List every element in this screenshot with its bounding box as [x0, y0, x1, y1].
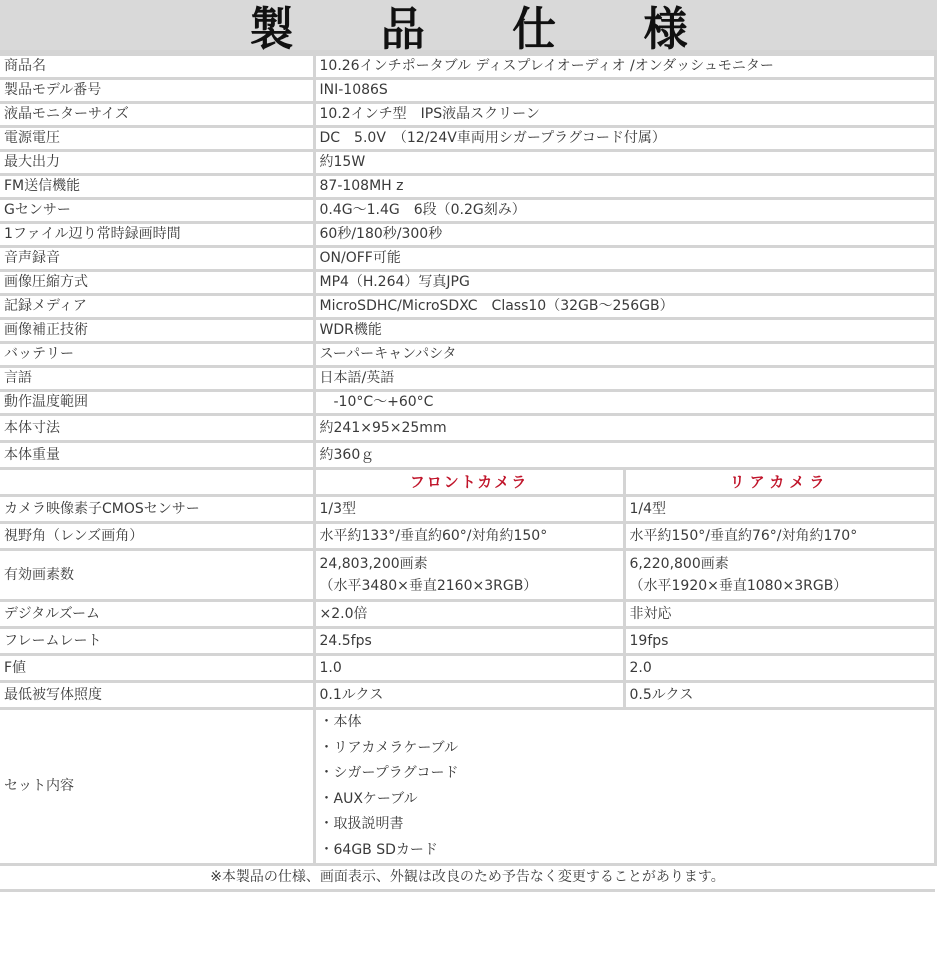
table-row: 視野角（レンズ画角）水平約133°/垂直約60°/対角約150°水平約150°/… — [0, 523, 935, 550]
spec-value: 0.4G～1.4G 6段（0.2G刻み） — [314, 199, 935, 223]
front-pixels: 24,803,200画素 — [320, 553, 619, 575]
spec-label: 1ファイル辺り常時録画時間 — [0, 223, 314, 247]
spec-label: カメラ映像素子CMOSセンサー — [0, 496, 314, 523]
camera-header-row: フロントカメラ リアカメラ — [0, 469, 935, 496]
rear-value: 水平約150°/垂直約76°/対角約170° — [624, 523, 935, 550]
spec-label: 音声録音 — [0, 247, 314, 271]
rear-value: 2.0 — [624, 655, 935, 682]
page-title: 製 品 仕 様 — [250, 0, 724, 59]
page-title-bar: 製 品 仕 様 — [0, 0, 937, 53]
set-contents-row: セット内容 ・本体 ・リアカメラケーブル ・シガープラグコード ・AUXケーブル… — [0, 709, 935, 865]
table-row: 最大出力約15W — [0, 151, 935, 175]
list-item: ・AUXケーブル — [320, 787, 930, 813]
front-value: 24,803,200画素（水平3480×垂直2160×3RGB） — [314, 550, 624, 601]
table-row: 電源電圧DC 5.0V （12/24V車両用シガープラグコード付属） — [0, 127, 935, 151]
spec-value: MP4（H.264）写真JPG — [314, 271, 935, 295]
rear-value: 6,220,800画素（水平1920×垂直1080×3RGB） — [624, 550, 935, 601]
front-camera-header: フロントカメラ — [314, 469, 624, 496]
set-contents-label: セット内容 — [0, 709, 314, 865]
front-value: 水平約133°/垂直約60°/対角約150° — [314, 523, 624, 550]
table-row: 音声録音ON/OFF可能 — [0, 247, 935, 271]
list-item: ・シガープラグコード — [320, 761, 930, 787]
spec-label: FM送信機能 — [0, 175, 314, 199]
table-row: 1ファイル辺り常時録画時間60秒/180秒/300秒 — [0, 223, 935, 247]
front-pixels-detail: （水平3480×垂直2160×3RGB） — [320, 575, 619, 597]
spec-label: 最低被写体照度 — [0, 682, 314, 709]
spec-label: デジタルズーム — [0, 601, 314, 628]
table-row: バッテリースーパーキャンパシタ — [0, 343, 935, 367]
spec-label: F値 — [0, 655, 314, 682]
table-row: 製品モデル番号INI-1086S — [0, 79, 935, 103]
table-row: 最低被写体照度0.1ルクス0.5ルクス — [0, 682, 935, 709]
spec-label: 言語 — [0, 367, 314, 391]
table-row: 動作温度範囲 -10°C～+60°C — [0, 391, 935, 415]
spec-value: 87-108MH z — [314, 175, 935, 199]
disclaimer-note: ※本製品の仕様、画面表示、外観は改良のため予告なく変更することがあります。 — [0, 865, 935, 891]
table-row: 言語日本語/英語 — [0, 367, 935, 391]
spec-value: INI-1086S — [314, 79, 935, 103]
spec-label: 画像圧縮方式 — [0, 271, 314, 295]
spec-label: バッテリー — [0, 343, 314, 367]
front-value: 0.1ルクス — [314, 682, 624, 709]
spec-label: フレームレート — [0, 628, 314, 655]
list-item: ・リアカメラケーブル — [320, 736, 930, 762]
spec-label: 液晶モニターサイズ — [0, 103, 314, 127]
spec-value: 約241×95×25mm — [314, 415, 935, 442]
rear-value: 0.5ルクス — [624, 682, 935, 709]
spec-label: 画像補正技術 — [0, 319, 314, 343]
table-row: 本体寸法約241×95×25mm — [0, 415, 935, 442]
spec-label: 最大出力 — [0, 151, 314, 175]
list-item: ・64GB SDカード — [320, 838, 930, 864]
front-value: 1.0 — [314, 655, 624, 682]
rear-value: 非対応 — [624, 601, 935, 628]
table-row: F値1.02.0 — [0, 655, 935, 682]
spec-label: Gセンサー — [0, 199, 314, 223]
table-row: デジタルズーム×2.0倍非対応 — [0, 601, 935, 628]
table-row: FM送信機能87-108MH z — [0, 175, 935, 199]
rear-value: 1/4型 — [624, 496, 935, 523]
spec-value: 約15W — [314, 151, 935, 175]
list-item: ・本体 — [320, 710, 930, 736]
front-value: 24.5fps — [314, 628, 624, 655]
table-row: Gセンサー0.4G～1.4G 6段（0.2G刻み） — [0, 199, 935, 223]
note-row: ※本製品の仕様、画面表示、外観は改良のため予告なく変更することがあります。 — [0, 865, 935, 891]
table-row: カメラ映像素子CMOSセンサー1/3型1/4型 — [0, 496, 935, 523]
table-row: 有効画素数 24,803,200画素（水平3480×垂直2160×3RGB） 6… — [0, 550, 935, 601]
empty-cell — [0, 469, 314, 496]
rear-pixels-detail: （水平1920×垂直1080×3RGB） — [630, 575, 930, 597]
spec-label: 製品モデル番号 — [0, 79, 314, 103]
spec-label: 記録メディア — [0, 295, 314, 319]
spec-value: MicroSDHC/MicroSDXC Class10（32GB～256GB） — [314, 295, 935, 319]
rear-value: 19fps — [624, 628, 935, 655]
table-row: 記録メディアMicroSDHC/MicroSDXC Class10（32GB～2… — [0, 295, 935, 319]
rear-camera-header: リアカメラ — [624, 469, 935, 496]
spec-value: スーパーキャンパシタ — [314, 343, 935, 367]
spec-value: 日本語/英語 — [314, 367, 935, 391]
spec-value: -10°C～+60°C — [314, 391, 935, 415]
spec-label: 本体寸法 — [0, 415, 314, 442]
table-row: フレームレート24.5fps19fps — [0, 628, 935, 655]
spec-label: 動作温度範囲 — [0, 391, 314, 415]
front-value: ×2.0倍 — [314, 601, 624, 628]
table-row: 画像補正技術WDR機能 — [0, 319, 935, 343]
spec-value: 10.2インチ型 IPS液晶スクリーン — [314, 103, 935, 127]
spec-value: WDR機能 — [314, 319, 935, 343]
spec-value: 60秒/180秒/300秒 — [314, 223, 935, 247]
table-row: 液晶モニターサイズ10.2インチ型 IPS液晶スクリーン — [0, 103, 935, 127]
spec-label: 視野角（レンズ画角） — [0, 523, 314, 550]
spec-label: 本体重量 — [0, 442, 314, 469]
front-value: 1/3型 — [314, 496, 624, 523]
spec-value: DC 5.0V （12/24V車両用シガープラグコード付属） — [314, 127, 935, 151]
spec-value: ON/OFF可能 — [314, 247, 935, 271]
table-row: 画像圧縮方式MP4（H.264）写真JPG — [0, 271, 935, 295]
list-item: ・取扱説明書 — [320, 812, 930, 838]
spec-label: 有効画素数 — [0, 550, 314, 601]
rear-pixels: 6,220,800画素 — [630, 553, 930, 575]
spec-value: 約360ｇ — [314, 442, 935, 469]
spec-table: 商品名 10.26インチポータブル ディスプレイオーディオ /オンダッシュモニタ… — [0, 53, 937, 892]
spec-label: 電源電圧 — [0, 127, 314, 151]
table-row: 本体重量約360ｇ — [0, 442, 935, 469]
set-contents-list: ・本体 ・リアカメラケーブル ・シガープラグコード ・AUXケーブル ・取扱説明… — [314, 709, 935, 865]
